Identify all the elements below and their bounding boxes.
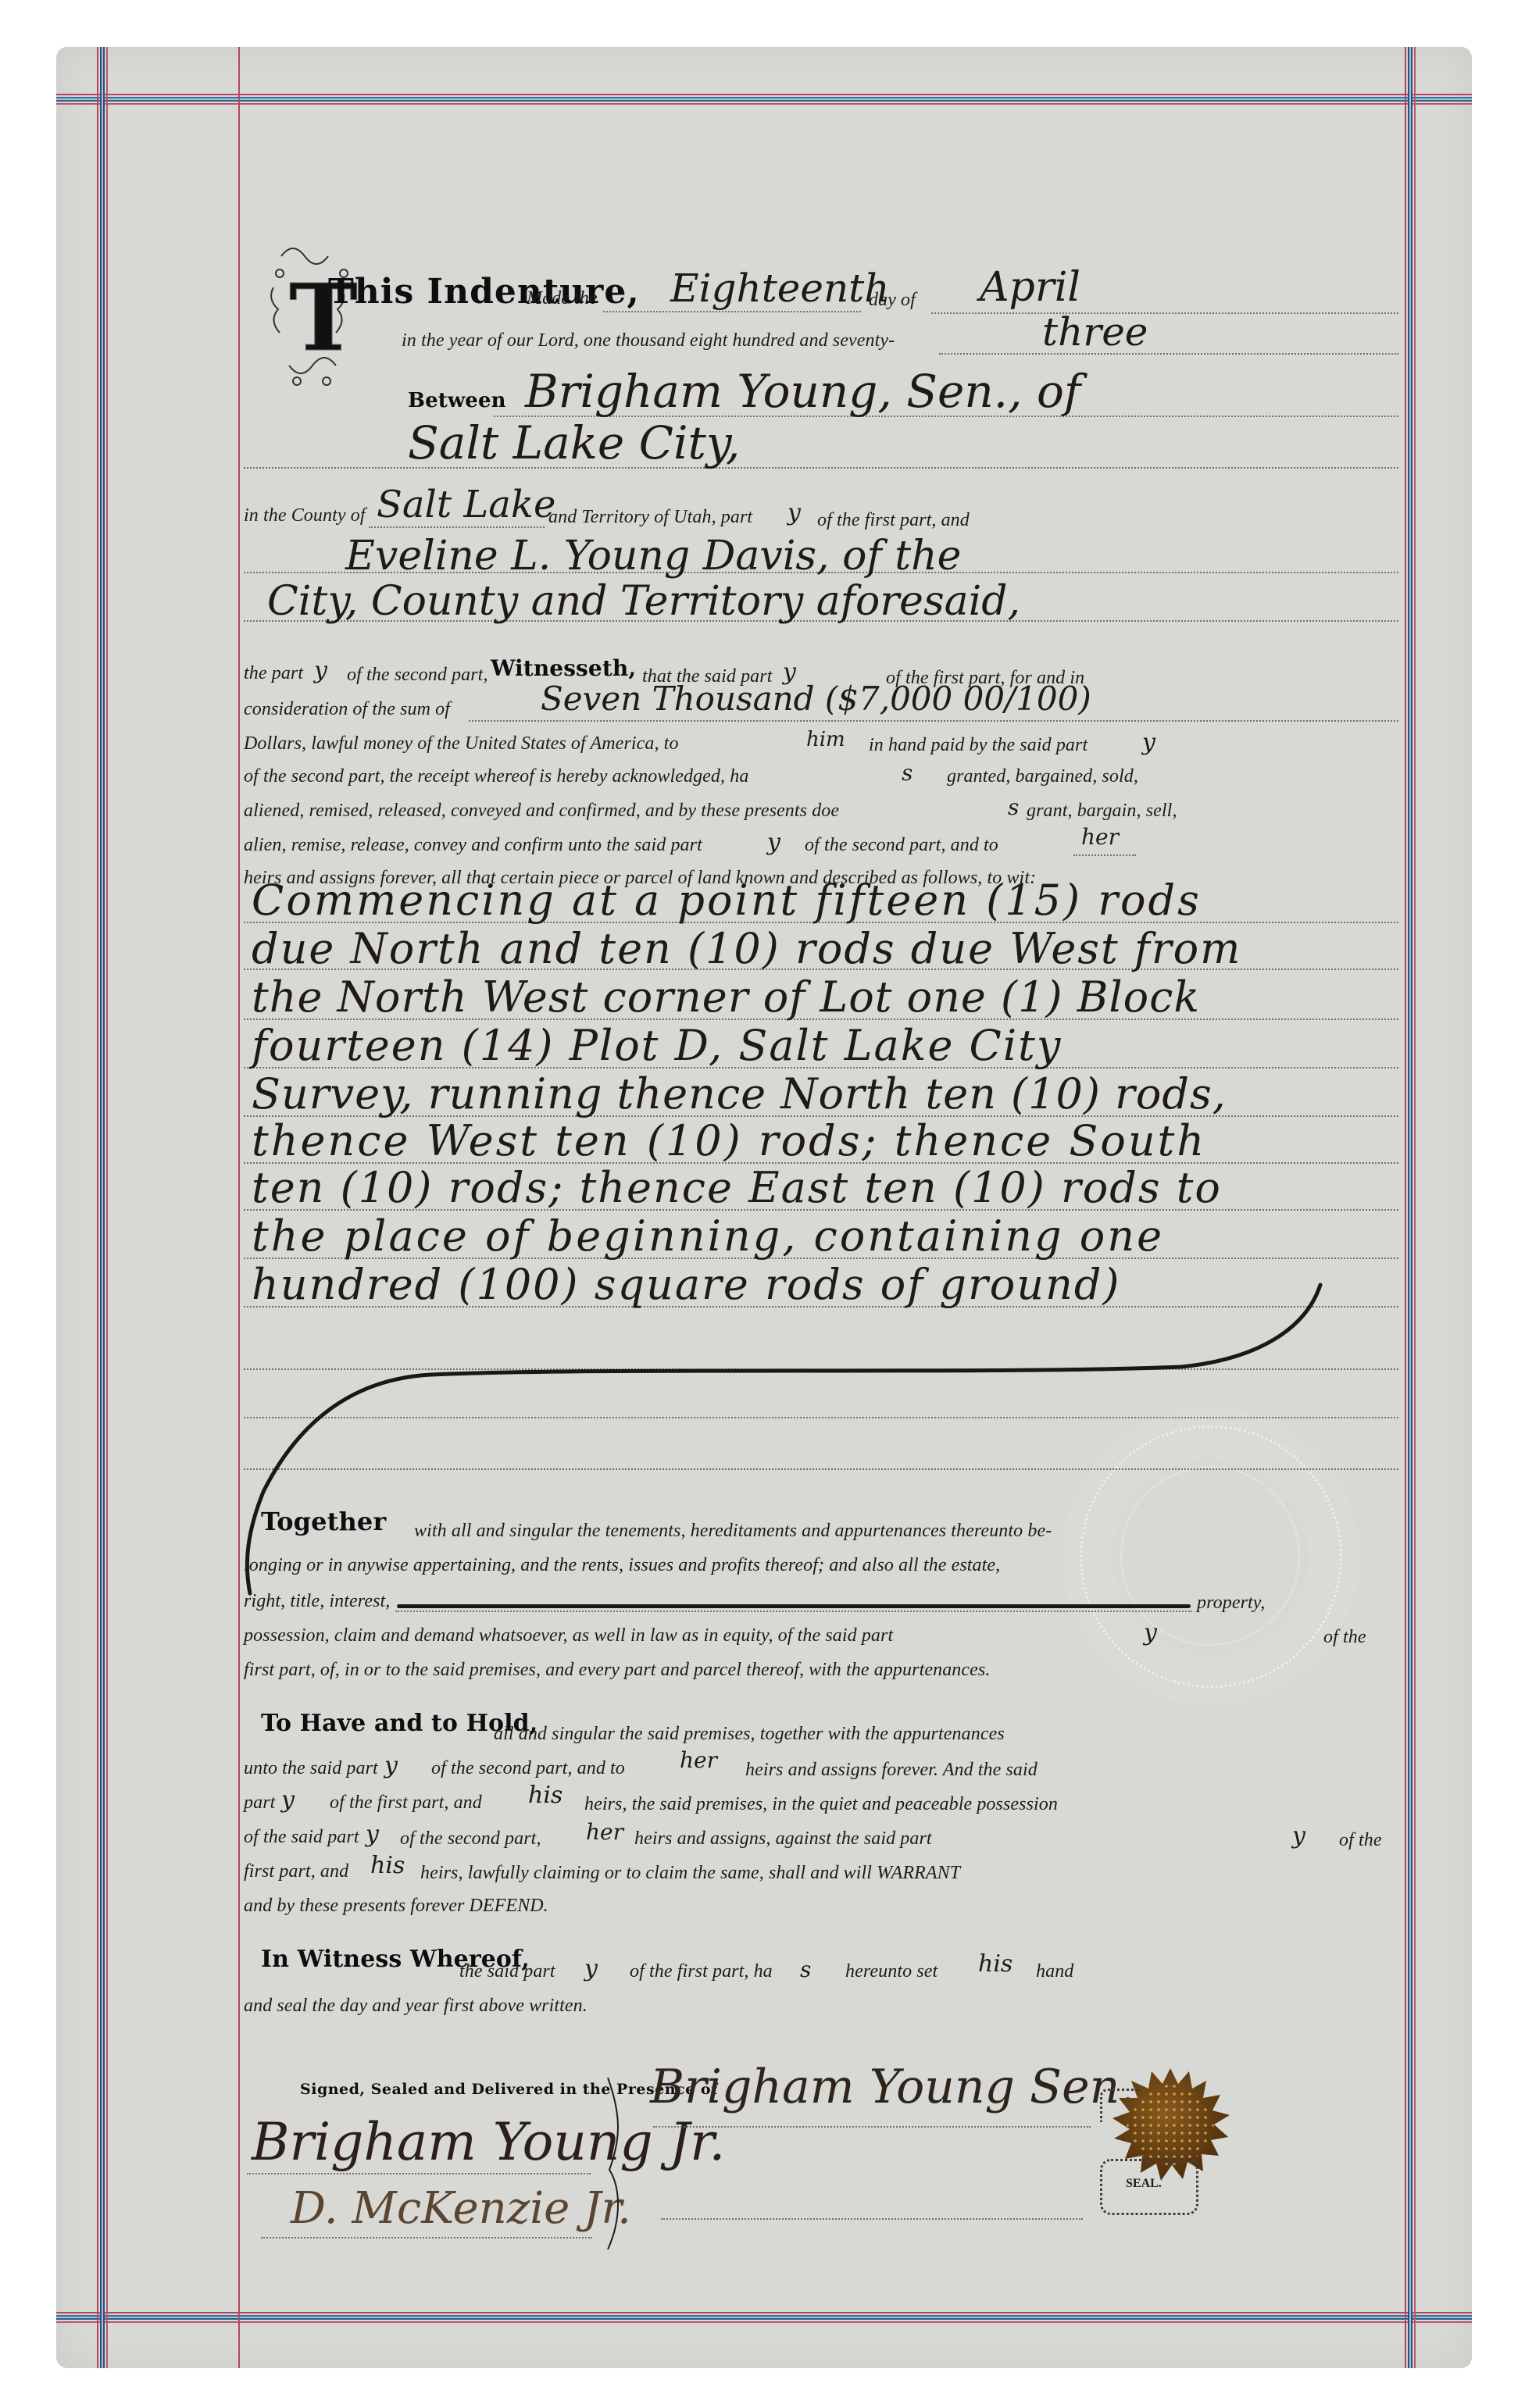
grantor-line-1	[653, 2126, 1091, 2128]
seal-frame	[1100, 2089, 1140, 2122]
witness-brace-icon	[56, 47, 1472, 2368]
seal-label: SEAL.	[1126, 2177, 1162, 2191]
seal-label-frame: SEAL.	[1100, 2159, 1198, 2215]
grantor-line-2	[661, 2218, 1083, 2220]
grantor-signature: Brigham Young Sen.	[650, 2064, 1134, 2110]
deed-page: T This Indenture, Made the Eighteenth da…	[56, 47, 1472, 2368]
